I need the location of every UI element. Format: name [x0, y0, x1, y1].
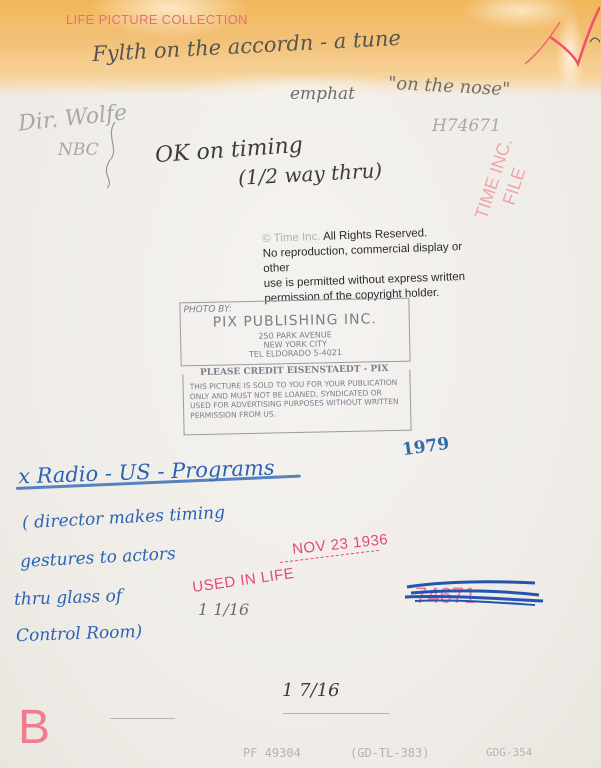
pencil-fraction-mid: 1 1/16	[198, 600, 249, 619]
footer-code-2: (GD-TL-383)	[350, 746, 429, 760]
pencil-note-emphat: emphat	[290, 84, 355, 104]
corner-letter: B	[18, 700, 50, 755]
pencil-line-left	[110, 718, 175, 719]
pix-terms: THIS PICTURE IS SOLD TO YOU FOR YOUR PUB…	[190, 378, 405, 420]
pix-company: PIX PUBLISHING INC.	[181, 311, 409, 332]
red-check-icon	[520, 2, 600, 72]
crossed-out-stamp: 74671	[405, 575, 545, 611]
copyright-notice: © Time Inc. All Rights Reserved. No repr…	[262, 224, 484, 307]
copyright-owner: © Time Inc.	[262, 231, 321, 245]
collection-label: LIFE PICTURE COLLECTION	[66, 12, 248, 27]
copyright-line-1: All Rights Reserved.	[323, 227, 428, 243]
catalog-id: H74671	[432, 116, 501, 136]
pix-stamp-header: PHOTO BY: PIX PUBLISHING INC. 250 PARK A…	[179, 298, 410, 367]
footer-code-3: GDG-354	[486, 746, 532, 759]
copyright-line-2: No reproduction, commercial display or o…	[263, 241, 463, 275]
pencil-fraction-bottom: 1 7/16	[282, 680, 340, 701]
blue-note-line-3: thru glass of	[14, 586, 123, 610]
pix-stamp-terms: THIS PICTURE IS SOLD TO YOU FOR YOUR PUB…	[182, 370, 411, 436]
pencil-line-right	[283, 713, 390, 714]
pencil-note-network: NBC	[58, 140, 99, 160]
pencil-bracket	[95, 120, 135, 190]
footer-code-1: PF 49304	[243, 746, 301, 760]
